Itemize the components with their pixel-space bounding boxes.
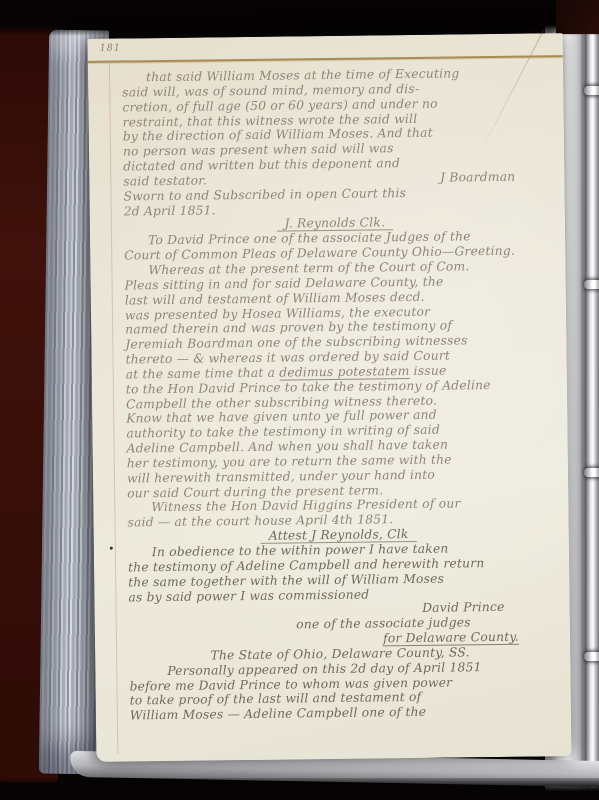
ink-dot xyxy=(110,547,113,550)
top-rule-line xyxy=(88,55,563,63)
margin-line xyxy=(109,63,118,754)
rod-ring xyxy=(584,86,599,95)
manuscript-text: that said William Moses at the time of E… xyxy=(122,65,552,723)
photo-scene: 181 that said William Moses at the time … xyxy=(0,0,599,800)
manuscript-page: 181 that said William Moses at the time … xyxy=(88,33,572,762)
rod-ring xyxy=(584,280,599,289)
top-right-cover-corner xyxy=(556,0,599,34)
page-number: 181 xyxy=(100,43,121,54)
bottom-shadow xyxy=(0,778,599,800)
top-shadow xyxy=(0,0,599,36)
rod-ring xyxy=(584,652,599,661)
rod-ring xyxy=(584,468,599,477)
metal-rod xyxy=(585,28,599,788)
